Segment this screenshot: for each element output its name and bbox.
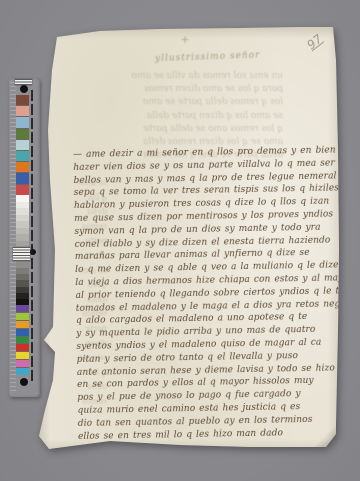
registration-dot-bottom bbox=[20, 378, 28, 386]
color-swatch bbox=[16, 173, 29, 183]
folio-number: 97 bbox=[304, 32, 325, 52]
color-swatch bbox=[16, 117, 29, 127]
strip-divider-line bbox=[31, 90, 33, 384]
manuscript-scan-scene: 97 + yllustrissimo señor un ema sol remo… bbox=[0, 0, 360, 481]
text-line: q los remos amo se della parte bbox=[65, 123, 283, 136]
strip-label-mid bbox=[13, 247, 30, 261]
color-swatch bbox=[16, 360, 29, 367]
color-swatch bbox=[16, 321, 29, 328]
paper-sheet: 97 + yllustrissimo señor un ema sol remo… bbox=[35, 26, 340, 456]
cross-mark: + bbox=[173, 33, 197, 46]
letter-body-text: — ame dezir a mi señor en q llos pro dem… bbox=[73, 144, 345, 443]
color-swatch bbox=[16, 140, 29, 150]
color-swatch bbox=[16, 344, 29, 351]
manuscript-page: 97 + yllustrissimo señor un ema sol remo… bbox=[35, 26, 340, 456]
letter-heading: yllustrissimo señor bbox=[155, 50, 275, 64]
color-swatch bbox=[16, 95, 29, 105]
text-line: un ema sol remos da villa se amo bbox=[65, 70, 283, 83]
color-patches-top bbox=[16, 95, 29, 195]
color-swatch bbox=[16, 337, 29, 344]
color-swatch bbox=[16, 368, 29, 375]
text-line: los q remos della parte se amo bbox=[65, 96, 283, 109]
color-swatch bbox=[16, 129, 29, 139]
color-swatch bbox=[16, 352, 29, 359]
text-line: se amo los q dizen parte della bbox=[65, 110, 283, 123]
color-swatch bbox=[16, 329, 29, 336]
color-swatch bbox=[16, 313, 29, 320]
gray-scale-ramp bbox=[16, 195, 29, 247]
color-swatch bbox=[16, 151, 29, 161]
registration-dot-top bbox=[20, 85, 28, 93]
text-line: para q los se amo dizen remos bbox=[65, 83, 283, 96]
color-swatch bbox=[16, 305, 29, 312]
color-swatch bbox=[16, 106, 29, 116]
color-patches-bottom bbox=[16, 305, 29, 375]
color-swatch bbox=[16, 185, 29, 195]
color-swatch bbox=[16, 162, 29, 172]
gray-scale-dark-ramp bbox=[16, 262, 29, 305]
